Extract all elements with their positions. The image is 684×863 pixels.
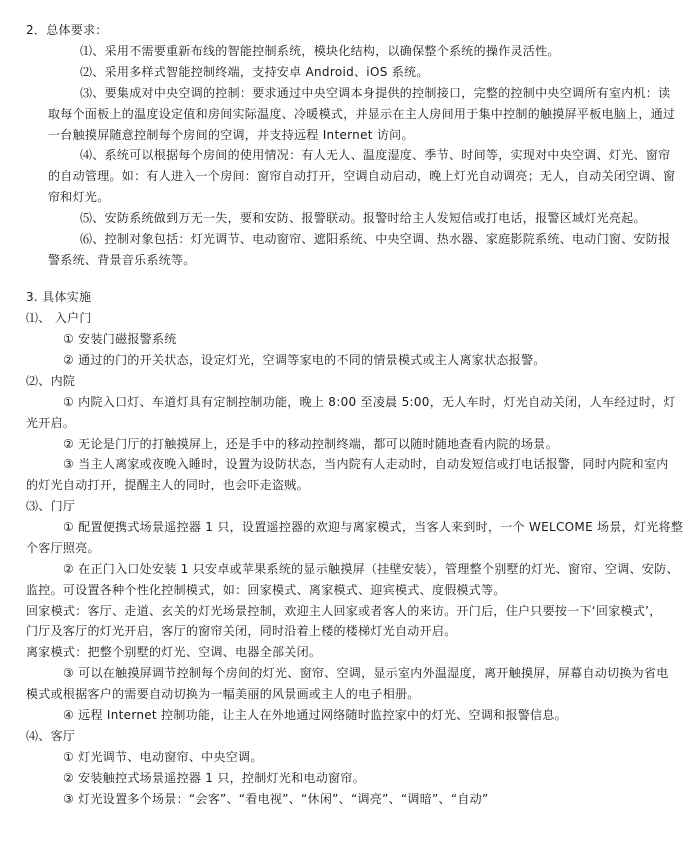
sub4-item-2: ② 安装触控式场景遥控器 1 只，控制灯光和电动窗帘。 <box>63 768 365 788</box>
mode-home-line-2: 门厅及客厅的灯光开启，客厅的窗帘关闭，同时沿着上楼的楼梯灯光自动开启。 <box>26 621 457 641</box>
sub3-item-3-line-1: ③ 可以在触摸屏调节控制每个房间的灯光、窗帘、空调，显示室内外温湿度，离开触摸屏… <box>63 663 669 683</box>
requirement-4-line-3: 帘和灯光。 <box>48 187 110 207</box>
sub2-item-1-line-2: 光开启。 <box>26 413 75 433</box>
sub3-item-1-line-1: ① 配置便携式场景遥控器 1 只，设置遥控器的欢迎与离家模式，当客人来到时，一个… <box>63 517 683 537</box>
sub1-heading: ⑴、 入户门 <box>26 308 92 328</box>
sub3-item-2-line-1: ② 在正门入口处安装 1 只安卓或苹果系统的显示触摸屏（挂壁安装），管理整个别墅… <box>63 559 679 579</box>
requirement-1: ⑴、采用不需要重新布线的智能控制系统，模块化结构，以确保整个系统的操作灵活性。 <box>80 41 560 61</box>
sub1-item-1: ① 安装门磁报警系统 <box>63 329 177 349</box>
sub4-item-1: ① 灯光调节、电动窗帘、中央空调。 <box>63 747 263 767</box>
requirement-3-line-2: 取每个面板上的温度设定值和房间实际温度、冷暖模式，并显示在主人房间用于集中控制的… <box>48 104 675 124</box>
sub2-heading: ⑵、内院 <box>26 371 75 391</box>
requirement-2: ⑵、采用多样式智能控制终端，支持安卓 Android、iOS 系统。 <box>80 62 429 82</box>
sub2-item-3-line-2: 的灯光自动打开，提醒主人的同时，也会吓走盗贼。 <box>26 475 309 495</box>
sub4-heading: ⑷、客厅 <box>26 726 75 746</box>
sub3-item-2-line-2: 监控。可设置各种个性化控制模式，如：回家模式、离家模式、迎宾模式、度假模式等。 <box>26 580 506 600</box>
sub4-item-3: ③ 灯光设置多个场景：“会客”、“看电视”、“休闲”、“调亮”、“调暗”、“自动… <box>63 789 488 809</box>
sub3-heading: ⑶、门厅 <box>26 496 75 516</box>
sub2-item-1-line-1: ① 内院入口灯、车道灯具有定制控制功能，晚上 8:00 至凌晨 5:00，无人车… <box>63 392 676 412</box>
mode-home-line-1: 回家模式：客厅、走道、玄关的灯光场景控制，欢迎主人回家或者客人的来访。开门后，住… <box>26 601 662 621</box>
requirement-6-line-2: 警系统、背景音乐系统等。 <box>48 250 196 270</box>
requirement-6-line-1: ⑹、控制对象包括：灯光调节、电动窗帘、遮阳系统、中央空调、热水器、家庭影院系统、… <box>80 229 670 249</box>
section-2-heading: 2．总体要求： <box>26 20 108 40</box>
requirement-4-line-1: ⑷、系统可以根据每个房间的使用情况：有人无人、温度湿度、季节、时间等，实现对中央… <box>80 145 670 165</box>
sub2-item-3-line-1: ③ 当主人离家或夜晚入睡时，设置为设防状态，当内院有人走动时，自动发短信或打电话… <box>63 454 669 474</box>
requirement-3-line-3: 一台触摸屏随意控制每个房间的空调，并支持远程 Internet 访问。 <box>48 125 414 145</box>
sub2-item-2: ② 无论是门厅的打触摸屏上，还是手中的移动控制终端，都可以随时随地查看内院的场景… <box>63 434 558 454</box>
section-3-heading: 3. 具体实施 <box>26 287 91 307</box>
requirement-5: ⑸、安防系统做到万无一失，要和安防、报警联动。报警时给主人发短信或打电话，报警区… <box>80 208 646 228</box>
mode-away: 离家模式：把整个别墅的灯光、空调、电器全部关闭。 <box>26 642 321 662</box>
requirement-3-line-1: ⑶、要集成对中央空调的控制：要求通过中央空调本身提供的控制接口，完整的控制中央空… <box>80 83 670 103</box>
sub3-item-1-line-2: 个客厅照亮。 <box>26 538 100 558</box>
sub1-item-2: ② 通过的门的开关状态，设定灯光，空调等家电的不同的情景模式或主人离家状态报警。 <box>63 350 546 370</box>
sub3-item-3-line-2: 模式或根据客户的需要自动切换为一幅美丽的风景画或主人的电子相册。 <box>26 684 420 704</box>
requirement-4-line-2: 的自动管理。如：有人进入一个房间：窗帘自动打开，空调自动启动，晚上灯光自动调亮；… <box>48 166 675 186</box>
sub3-item-4: ④ 远程 Internet 控制功能，让主人在外地通过网络随时监控家中的灯光、空… <box>63 705 567 725</box>
